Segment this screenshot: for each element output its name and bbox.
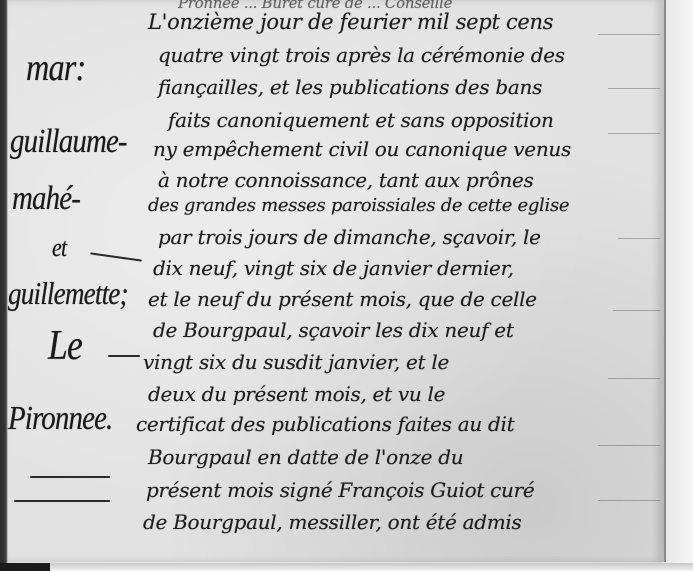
body-line: vingt six du susdit janvier, et le xyxy=(143,350,449,374)
margin-name-et: et xyxy=(52,233,66,263)
body-line: faits canoniquement et sans opposition xyxy=(168,108,554,132)
margin-name-mar: mar: xyxy=(26,46,85,90)
margin-name-guillemette: guillemette; xyxy=(8,275,128,312)
body-line: à notre connoissance, tant aux prônes xyxy=(158,168,533,192)
margin-name-pironnee: Pironnee. xyxy=(8,400,112,438)
ruled-line xyxy=(608,133,660,134)
body-line: de Bourgpaul, messiller, ont été admis xyxy=(143,510,521,534)
body-line: ny empêchement civil ou canonique venus xyxy=(153,137,571,161)
body-line: présent mois signé François Guiot curé xyxy=(146,478,534,502)
ruled-line xyxy=(608,378,660,379)
body-line: des grandes messes paroissiales de cette… xyxy=(148,195,569,216)
body-line: fiançailles, et les publications des ban… xyxy=(158,75,542,99)
connector-dash xyxy=(108,355,140,357)
ruled-line xyxy=(618,238,660,239)
body-line: de Bourgpaul, sçavoir les dix neuf et xyxy=(153,318,514,342)
body-line: dix neuf, vingt six de janvier dernier, xyxy=(153,256,514,280)
margin-name-le: Le xyxy=(48,322,82,370)
body-line: par trois jours de dimanche, sçavoir, le xyxy=(158,225,541,249)
scanned-document: Pronnee ... Buret curé de ... Conseille … xyxy=(0,0,693,571)
ruled-line xyxy=(608,88,660,89)
ruled-line xyxy=(598,445,660,446)
ruled-line xyxy=(598,500,660,501)
ruled-line xyxy=(613,310,660,311)
body-line: Bourgpaul en datte de l'onze du xyxy=(148,445,463,469)
body-line: certificat des publications faites au di… xyxy=(136,412,514,436)
page-edge-right xyxy=(666,0,693,563)
register-page: Pronnee ... Buret curé de ... Conseille … xyxy=(8,0,666,562)
ruled-line xyxy=(598,34,660,35)
connector-dash xyxy=(90,252,142,261)
page-edge-bottom xyxy=(0,563,693,571)
flourish-line xyxy=(30,476,110,478)
body-line: L'onzième jour de feurier mil sept cens xyxy=(148,10,553,34)
margin-name-guillaume: guillaume- xyxy=(10,123,127,161)
body-line: et le neuf du présent mois, que de celle xyxy=(148,287,537,311)
body-line: deux du présent mois, et vu le xyxy=(148,382,445,406)
margin-name-mahe: mahé- xyxy=(12,180,80,218)
body-line: quatre vingt trois après la cérémonie de… xyxy=(158,43,565,67)
flourish-line xyxy=(14,500,110,502)
